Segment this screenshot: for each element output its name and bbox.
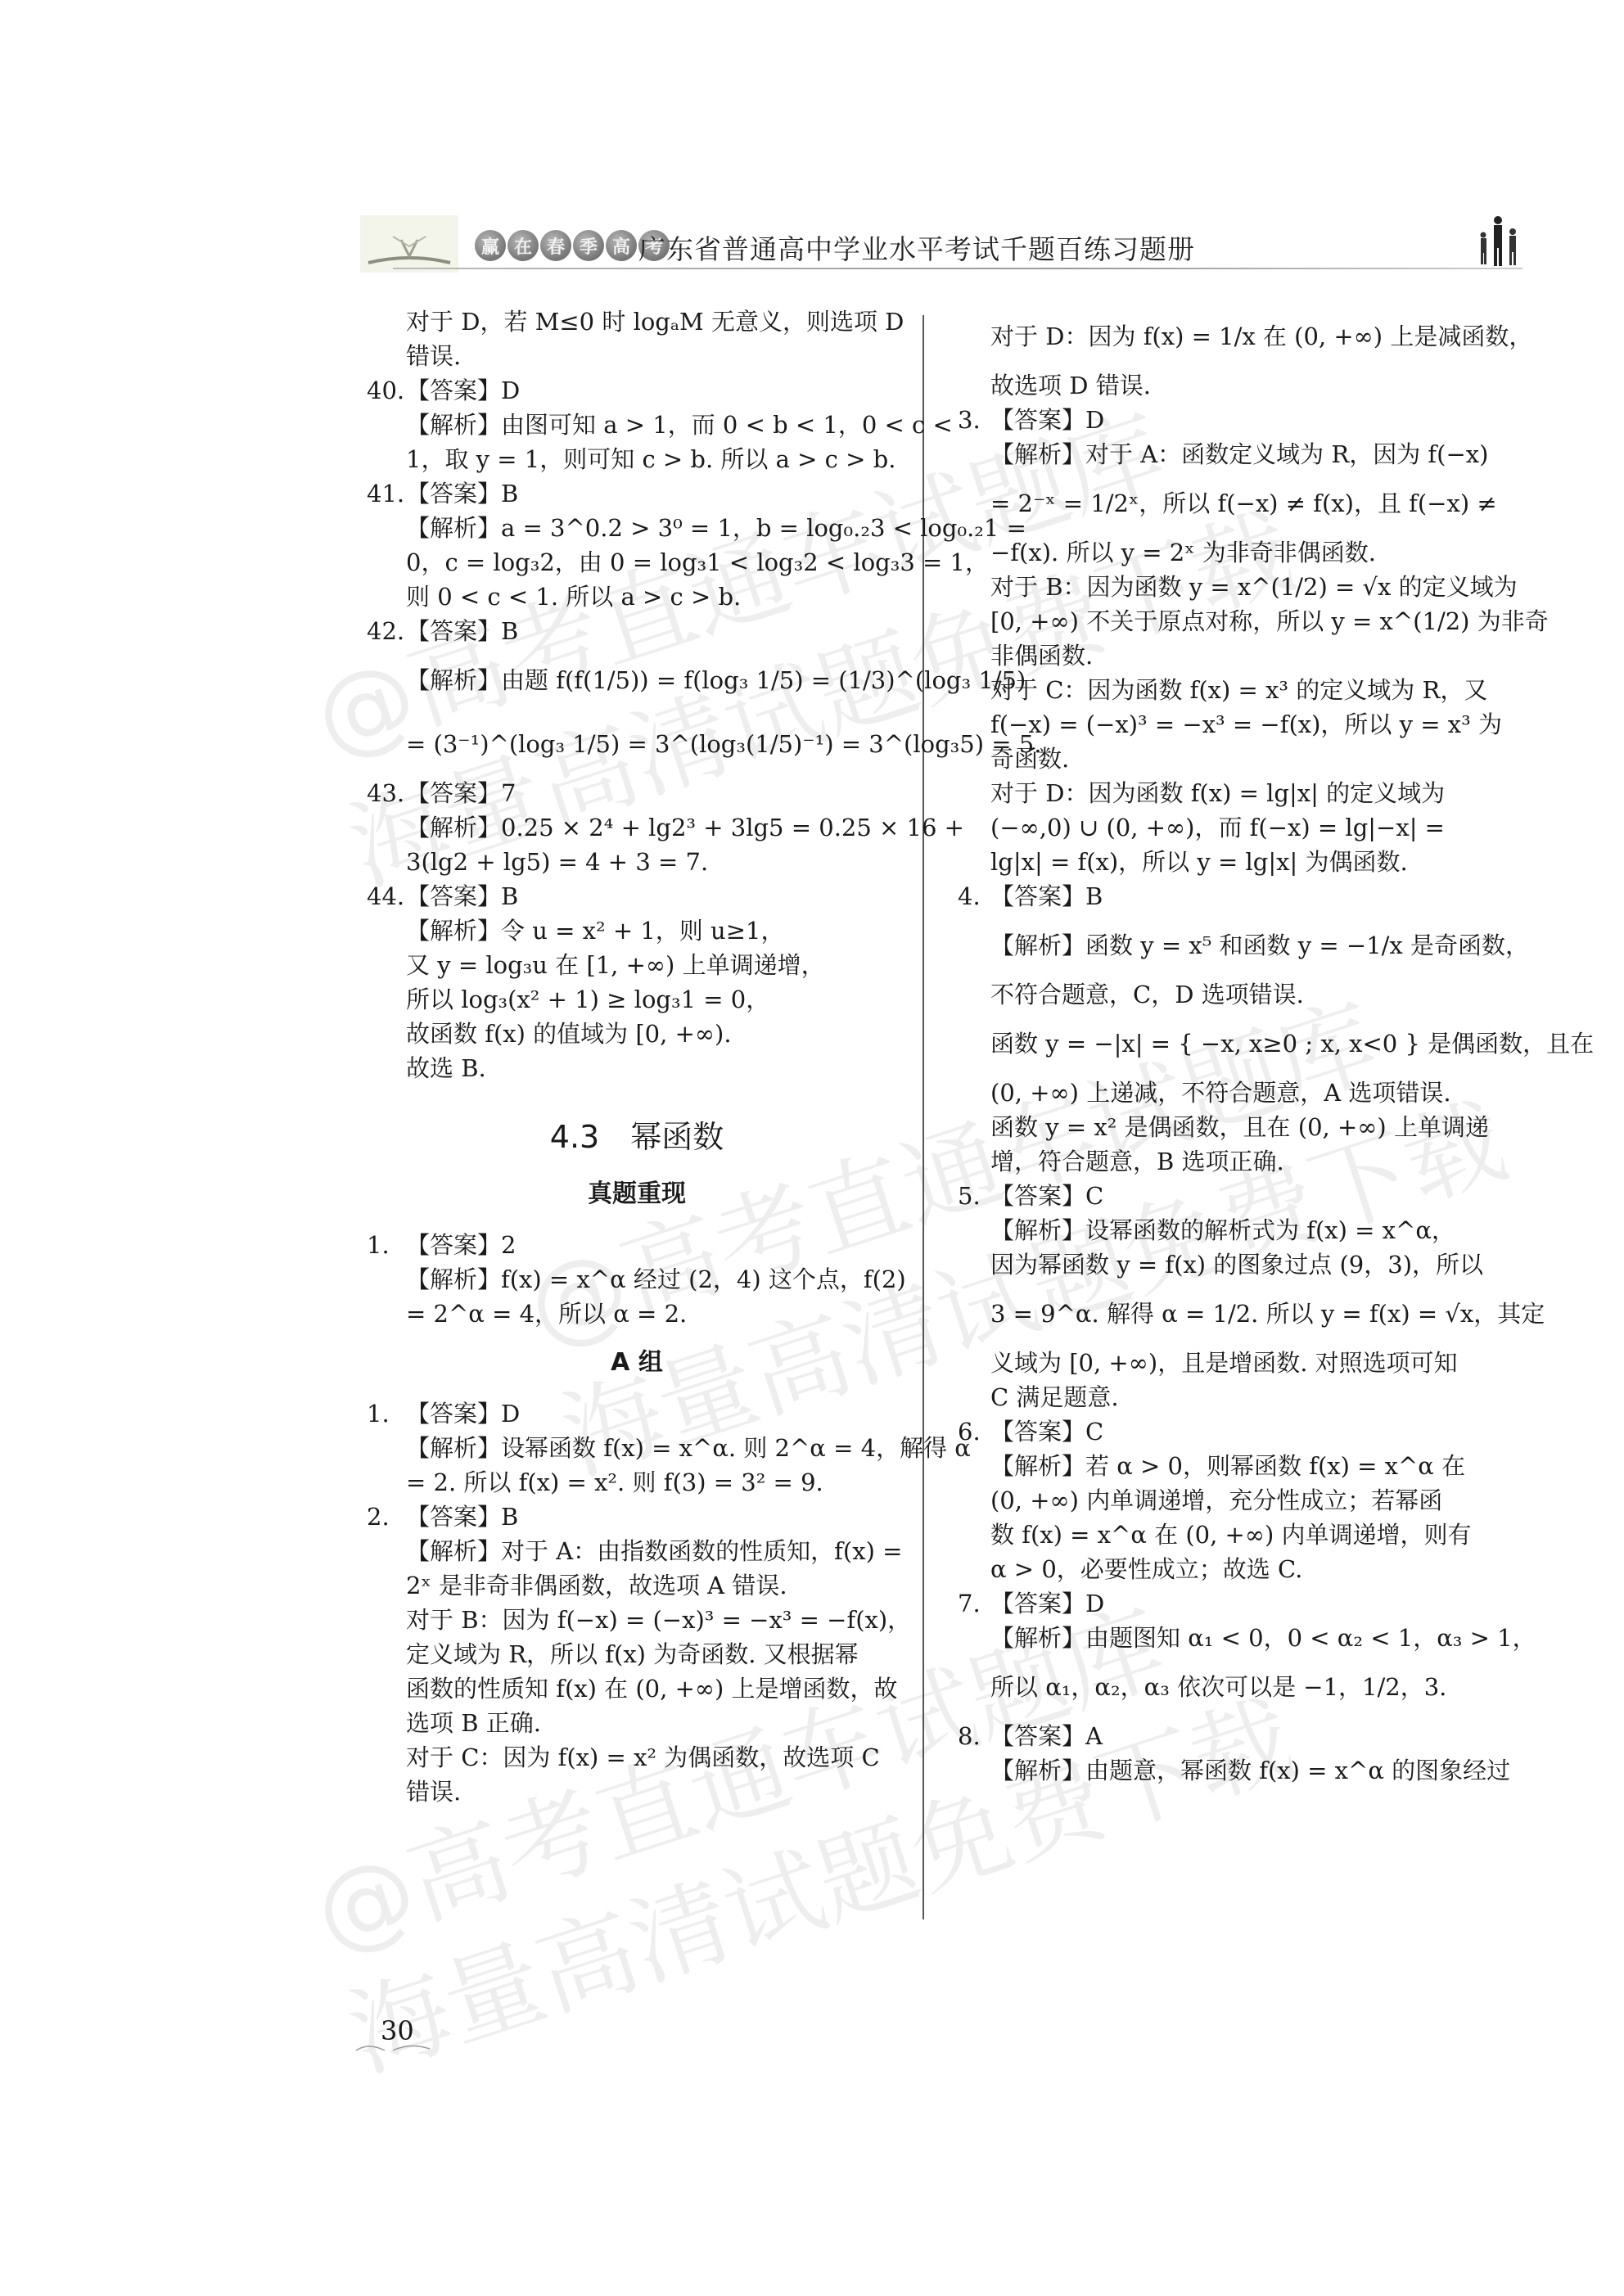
book-title: 广东省普通高中学业水平考试千题百练习题册: [638, 228, 1195, 267]
answer-label: 【答案】B: [406, 879, 518, 913]
analysis-line: α > 0，必要性成立；故选 C.: [950, 1552, 1494, 1586]
text-line: 对于 D：因为 f(x) = 1/x 在 (0, +∞) 上是减函数，: [950, 304, 1494, 368]
analysis-line: 3(lg2 + lg5) = 4 + 3 = 7.: [367, 845, 907, 879]
analysis-line: 【解析】函数 y = x⁵ 和函数 y = −1/x 是奇函数，: [950, 913, 1494, 977]
question-40: 40.【答案】D 【解析】由图可知 a > 1，而 0 < b < 1，0 < …: [367, 373, 907, 476]
analysis-line: 【解析】对于 A：函数定义域为 R，因为 f(−x): [950, 437, 1494, 471]
question-43: 43.【答案】7 【解析】0.25 × 2⁴ + lg2³ + 3lg5 = 0…: [367, 776, 907, 879]
analysis-line: 【解析】令 u = x² + 1，则 u≥1，: [367, 913, 907, 948]
question-number: 42.: [367, 614, 406, 648]
analysis-line: 所以 log₃(x² + 1) ≥ log₃1 = 0，: [367, 982, 907, 1017]
question-a7: 7.【答案】D 【解析】由题图知 α₁ < 0，0 < α₂ < 1，α₃ > …: [950, 1586, 1494, 1719]
analysis-line: = 2. 所以 f(x) = x². 则 f(3) = 3² = 9.: [367, 1465, 907, 1500]
analysis-line: 【解析】由图可知 a > 1，而 0 < b < 1，0 < c <: [367, 408, 907, 442]
analysis-line: 对于 C：因为 f(x) = x² 为偶函数，故选项 C: [367, 1740, 907, 1775]
question-44: 44.【答案】B 【解析】令 u = x² + 1，则 u≥1， 又 y = l…: [367, 879, 907, 1085]
question-number: 44.: [367, 879, 406, 913]
analysis-line: 函数 y = −|x| = { −x, x≥0 ; x, x<0 } 是偶函数，…: [950, 1012, 1494, 1076]
analysis-line: 【解析】设幂函数的解析式为 f(x) = x^α，: [950, 1213, 1494, 1247]
analysis-line: 又 y = log₃u 在 [1, +∞) 上单调递增，: [367, 948, 907, 982]
analysis-line: 数 f(x) = x^α 在 (0, +∞) 内单调递增，则有: [950, 1518, 1494, 1552]
runners-icon: [1473, 214, 1522, 271]
brand-char: 赢: [475, 230, 506, 261]
text-line: 故选项 D 错误.: [950, 368, 1494, 403]
answer-label: 【答案】B: [406, 614, 518, 648]
analysis-line: 选项 B 正确.: [367, 1706, 907, 1740]
analysis-line: = (3⁻¹)^(log₃ 1/5) = 3^(log₃(1/5)⁻¹) = 3…: [367, 712, 907, 776]
analysis-line: = 2^α = 4，所以 α = 2.: [367, 1297, 907, 1331]
question-number: 4.: [958, 879, 990, 913]
analysis-line: 对于 B：因为 f(−x) = (−x)³ = −x³ = −f(x)，: [367, 1603, 907, 1637]
analysis-line: 0，c = log₃2，由 0 = log₃1 < log₃2 < log₃3 …: [367, 545, 907, 580]
text-line: 对于 D，若 M≤0 时 logₐM 无意义，则选项 D: [367, 304, 907, 339]
analysis-line: 【解析】若 α > 0，则幂函数 f(x) = x^α 在: [950, 1449, 1494, 1483]
brand-char: 季: [573, 230, 604, 261]
question-number: 1.: [367, 1396, 406, 1431]
analysis-line: 【解析】由题图知 α₁ < 0，0 < α₂ < 1，α₃ > 1，: [950, 1621, 1494, 1655]
analysis-line: 定义域为 R，所以 f(x) 为奇函数. 又根据幂: [367, 1637, 907, 1671]
question-number: 3.: [958, 403, 990, 437]
header-rule: [393, 268, 1522, 269]
analysis-line: (−∞,0) ∪ (0, +∞)，而 f(−x) = lg|−x| =: [950, 810, 1494, 845]
answer-label: 【答案】A: [990, 1719, 1103, 1753]
analysis-line: = 2⁻ˣ = 1/2ˣ，所以 f(−x) ≠ f(x)，且 f(−x) ≠: [950, 471, 1494, 535]
answer-label: 【答案】D: [406, 373, 520, 408]
analysis-line: lg|x| = f(x)，所以 y = lg|x| 为偶函数.: [950, 845, 1494, 879]
question-a5: 5.【答案】C 【解析】设幂函数的解析式为 f(x) = x^α， 因为幂函数 …: [950, 1179, 1494, 1414]
analysis-line: [0, +∞) 不关于原点对称，所以 y = x^(1/2) 为非奇: [950, 604, 1494, 638]
right-column: 对于 D：因为 f(x) = 1/x 在 (0, +∞) 上是减函数， 故选项 …: [950, 304, 1494, 1788]
analysis-line: 【解析】由题意，幂函数 f(x) = x^α 的图象经过: [950, 1753, 1494, 1788]
question-a4: 4.【答案】B 【解析】函数 y = x⁵ 和函数 y = −1/x 是奇函数，…: [950, 879, 1494, 1179]
analysis-line: 2ˣ 是非奇非偶函数，故选项 A 错误.: [367, 1568, 907, 1603]
analysis-line: 所以 α₁，α₂，α₃ 依次可以是 −1，1/2，3.: [950, 1655, 1494, 1719]
subsection-title: 真题重现: [367, 1177, 907, 1211]
brand-char: 春: [540, 230, 571, 261]
analysis-line: 【解析】f(x) = x^α 经过 (2，4) 这个点，f(2): [367, 1262, 907, 1297]
analysis-line: −f(x). 所以 y = 2ˣ 为非奇非偶函数.: [950, 535, 1494, 570]
analysis-line: 不符合题意，C，D 选项错误.: [950, 977, 1494, 1012]
analysis-line: 因为幂函数 y = f(x) 的图象过点 (9，3)，所以: [950, 1247, 1494, 1282]
analysis-line: C 满足题意.: [950, 1380, 1494, 1414]
analysis-line: 故函数 f(x) 的值域为 [0, +∞).: [367, 1017, 907, 1051]
analysis-line: (0, +∞) 内单调递增，充分性成立；若幂函: [950, 1483, 1494, 1518]
analysis-line: 则 0 < c < 1. 所以 a > c > b.: [367, 580, 907, 614]
answer-label: 【答案】D: [990, 403, 1104, 437]
page-ornament-icon: [352, 2042, 442, 2055]
analysis-line: 对于 D：因为函数 f(x) = lg|x| 的定义域为: [950, 776, 1494, 810]
answer-label: 【答案】7: [406, 776, 516, 810]
question-number: 7.: [958, 1586, 990, 1621]
analysis-line: 【解析】对于 A：由指数函数的性质知，f(x) =: [367, 1534, 907, 1568]
brand-char: 在: [508, 230, 539, 261]
question-number: 6.: [958, 1414, 990, 1449]
question-a6: 6.【答案】C 【解析】若 α > 0，则幂函数 f(x) = x^α 在 (0…: [950, 1414, 1494, 1586]
answer-label: 【答案】B: [406, 476, 518, 511]
answer-label: 【答案】C: [990, 1179, 1103, 1213]
page-header: 赢 在 春 季 高 考 广东省普通高中学业水平考试千题百练习题册: [344, 209, 1506, 274]
section-title: 4.3 幂函数: [367, 1120, 907, 1154]
answer-label: 【答案】B: [406, 1500, 518, 1534]
question-a2: 2.【答案】B 【解析】对于 A：由指数函数的性质知，f(x) = 2ˣ 是非奇…: [367, 1500, 907, 1809]
question-41: 41.【答案】B 【解析】a = 3^0.2 > 3⁰ = 1，b = log₀…: [367, 476, 907, 614]
analysis-line: 对于 C：因为函数 f(x) = x³ 的定义域为 R，又: [950, 673, 1494, 707]
analysis-line: 非偶函数.: [950, 638, 1494, 673]
text-line: 错误.: [367, 339, 907, 373]
question-number: 43.: [367, 776, 406, 810]
analysis-line: 1，取 y = 1，则可知 c > b. 所以 a > c > b.: [367, 442, 907, 476]
book-logo-icon: [360, 215, 458, 273]
answer-label: 【答案】D: [406, 1396, 520, 1431]
question-number: 41.: [367, 476, 406, 511]
answer-label: 【答案】C: [990, 1414, 1103, 1449]
analysis-line: 奇函数.: [950, 742, 1494, 776]
question-number: 1.: [367, 1228, 406, 1262]
question-zt1: 1.【答案】2 【解析】f(x) = x^α 经过 (2，4) 这个点，f(2)…: [367, 1228, 907, 1331]
analysis-line: 函数 y = x² 是偶函数，且在 (0, +∞) 上单调递: [950, 1110, 1494, 1144]
analysis-line: f(−x) = (−x)³ = −x³ = −f(x)，所以 y = x³ 为: [950, 707, 1494, 742]
analysis-line: 错误.: [367, 1775, 907, 1809]
answer-label: 【答案】B: [990, 879, 1103, 913]
analysis-line: 3 = 9^α. 解得 α = 1/2. 所以 y = f(x) = √x，其定: [950, 1282, 1494, 1346]
question-a1: 1.【答案】D 【解析】设幂函数 f(x) = x^α. 则 2^α = 4，解…: [367, 1396, 907, 1500]
analysis-line: 函数的性质知 f(x) 在 (0, +∞) 上是增函数，故: [367, 1671, 907, 1706]
analysis-line: 【解析】a = 3^0.2 > 3⁰ = 1，b = log₀.₂3 < log…: [367, 511, 907, 545]
question-number: 5.: [958, 1179, 990, 1213]
analysis-line: 义域为 [0, +∞)，且是增函数. 对照选项可知: [950, 1346, 1494, 1380]
question-number: 40.: [367, 373, 406, 408]
question-number: 2.: [367, 1500, 406, 1534]
question-a8: 8.【答案】A 【解析】由题意，幂函数 f(x) = x^α 的图象经过: [950, 1719, 1494, 1788]
left-column: 对于 D，若 M≤0 时 logₐM 无意义，则选项 D 错误. 40.【答案】…: [367, 304, 907, 1809]
question-number: 8.: [958, 1719, 990, 1753]
analysis-line: 对于 B：因为函数 y = x^(1/2) = √x 的定义域为: [950, 570, 1494, 604]
question-42: 42.【答案】B 【解析】由题 f(f(1/5)) = f(log₃ 1/5) …: [367, 614, 907, 776]
question-a3: 3.【答案】D 【解析】对于 A：函数定义域为 R，因为 f(−x) = 2⁻ˣ…: [950, 403, 1494, 879]
group-title: A 组: [367, 1346, 907, 1380]
analysis-line: 【解析】设幂函数 f(x) = x^α. 则 2^α = 4，解得 α: [367, 1431, 907, 1465]
analysis-line: 故选 B.: [367, 1051, 907, 1085]
analysis-line: 【解析】由题 f(f(1/5)) = f(log₃ 1/5) = (1/3)^(…: [367, 648, 907, 712]
brand-char: 高: [606, 230, 637, 261]
analysis-line: (0, +∞) 上递减，不符合题意，A 选项错误.: [950, 1076, 1494, 1110]
answer-label: 【答案】2: [406, 1228, 516, 1262]
answer-label: 【答案】D: [990, 1586, 1104, 1621]
analysis-line: 增，符合题意，B 选项正确.: [950, 1144, 1494, 1179]
analysis-line: 【解析】0.25 × 2⁴ + lg2³ + 3lg5 = 0.25 × 16 …: [367, 810, 907, 845]
